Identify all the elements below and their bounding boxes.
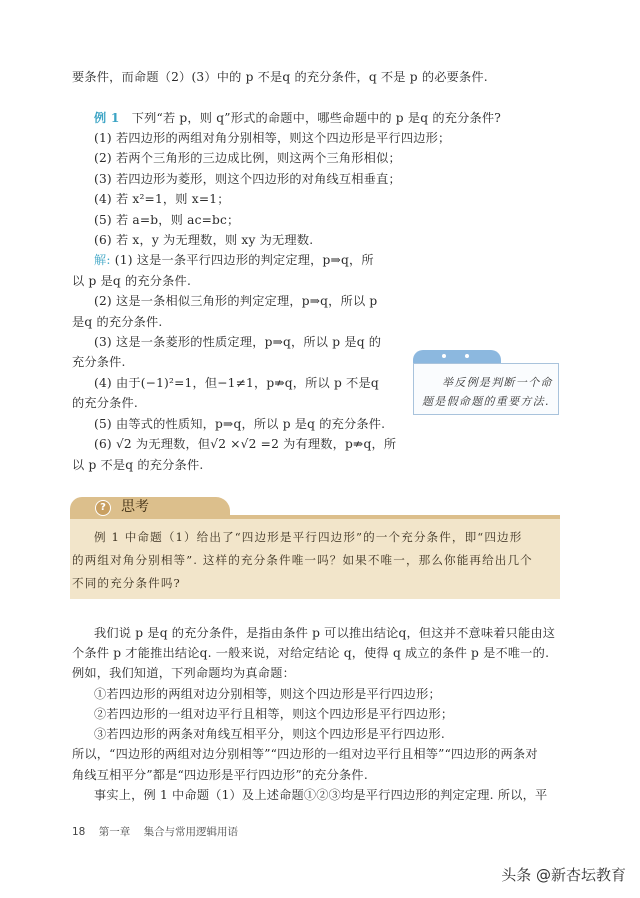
body-line-1: 我们说 p 是q 的充分条件，是指由条件 p 可以推出结论q，但这并不意味着只能… [94,626,555,640]
example-item-4: (4) 若 x²=1，则 x=1； [94,192,230,206]
body-line-4: ①若四边形的两组对边分别相等，则这个四边形是平行四边形； [94,687,441,701]
think-title: 思考 [121,499,149,516]
example-question: 下列“若 p，则 q”形式的命题中，哪些命题中的 p 是q 的充分条件? [132,111,501,125]
example-item-1: (1) 若四边形的两组对角分别相等，则这个四边形是平行四边形； [94,131,450,145]
intro-line: 要条件，而命题（2）(3）中的 p 不是q 的充分条件，q 不是 p 的必要条件… [72,70,488,84]
solution-text: (1) 这是一条平行四边形的判定定理，p⇒q，所 [115,253,374,267]
body-line-6: ③若四边形的两条对角线互相平分，则这个四边形是平行四边形. [94,727,445,741]
solution-label: 解: [94,253,111,267]
body-line-3: 例如，我们知道，下列命题均为真命题： [72,666,295,680]
think-line-3: 不同的充分条件吗? [72,576,181,590]
solution-line-3: (2) 这是一条相似三角形的判定定理，p⇒q，所以 p [94,294,377,308]
solution-line-11: 以 p 不是q 的充分条件. [72,458,203,472]
body-line-2: 个条件 p 才能推出结论q. 一般来说，对给定结论 q，使得 q 成立的条件 p… [72,646,549,660]
example-item-2: (2) 若两个三角形的三边成比例，则这两个三角形相似； [94,151,401,165]
solution-line-9: (5) 由等式的性质知，p⇒q，所以 p 是q 的充分条件. [94,417,385,431]
body-line-8: 角线互相平分”都是“四边形是平行四边形”的充分条件. [72,768,368,782]
side-note-tab [413,350,501,363]
example-item-6: (6) 若 x，y 为无理数，则 xy 为无理数. [94,233,313,247]
body-line-9: 事实上，例 1 中命题（1）及上述命题①②③均是平行四边形的判定定理. 所以，平 [94,788,547,802]
page-footer: 18 第一章 集合与常用逻辑用语 [72,824,238,839]
side-note-line-2: 题是假命题的重要方法. [422,395,550,409]
chapter-title: 集合与常用逻辑用语 [144,826,239,838]
solution-line-10: (6) √2 为无理数，但√2 ×√2 =2 为有理数，p⇏q，所 [94,437,396,451]
example-heading: 例 1 下列“若 p，则 q”形式的命题中，哪些命题中的 p 是q 的充分条件? [94,111,501,125]
solution-line-7: (4) 由于(−1)²=1，但−1≠1，p⇏q，所以 p 不是q [94,376,379,390]
think-line-2: 的两组对角分别相等”. 这样的充分条件唯一吗？如果不唯一，那么你能再给出几个 [72,553,533,567]
page-number: 18 [72,826,85,838]
solution-line-6: 充分条件. [72,355,126,369]
think-line-1: 例 1 中命题（1）给出了“四边形是平行四边形”的一个充分条件，即“四边形 [94,530,522,544]
example-item-5: (5) 若 a=b，则 ac=bc； [94,213,239,227]
solution-line-1: 解: (1) 这是一条平行四边形的判定定理，p⇒q，所 [94,253,374,267]
example-label: 例 1 [94,111,120,125]
solution-line-8: 的充分条件. [72,396,138,410]
example-item-3: (3) 若四边形为菱形，则这个四边形的对角线互相垂直； [94,172,401,186]
chapter-label: 第一章 [99,826,131,838]
dot-icon [465,354,469,358]
body-line-5: ②若四边形的一组对边平行且相等，则这个四边形是平行四边形； [94,707,453,721]
question-circle-icon: ? [95,500,111,516]
solution-line-4: 是q 的充分条件. [72,315,162,329]
body-line-7: 所以，“四边形的两组对边分别相等”“四边形的一组对边平行且相等”“四边形的两条对 [72,747,538,761]
solution-line-5: (3) 这是一条菱形的性质定理，p⇒q，所以 p 是q 的 [94,335,381,349]
watermark: 头条 @新杏坛教育 [501,864,626,885]
dot-icon [442,354,446,358]
side-note-line-1: 举反例是判断一个命 [442,376,553,390]
solution-line-2: 以 p 是q 的充分条件. [72,274,191,288]
